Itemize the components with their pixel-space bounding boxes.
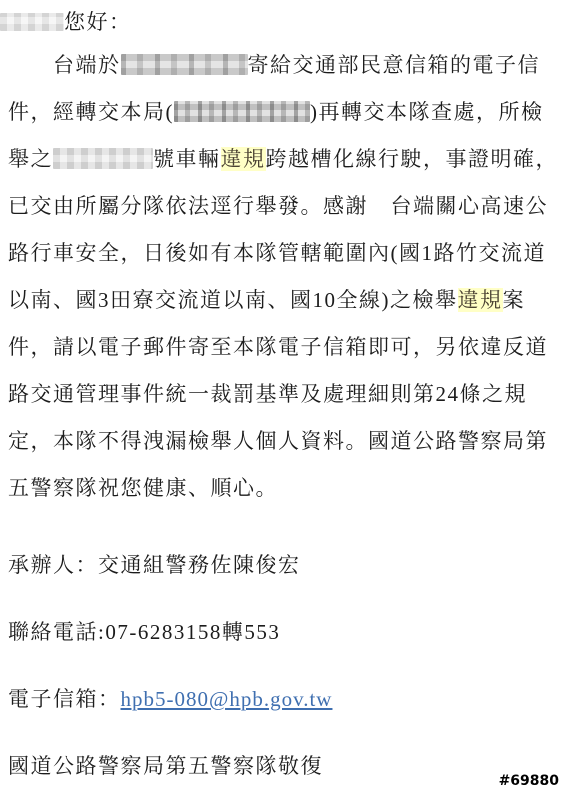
highlighted-keyword-violation: 違規 (221, 147, 266, 171)
contact-person-line: 承辦人：交通組警務佐陳俊宏 (8, 542, 563, 589)
greeting-line: 您好： (8, 2, 563, 42)
redacted-case-number-block (174, 101, 310, 122)
redacted-recipient-name-block (0, 13, 64, 31)
phone-line: 聯絡電話:07-6283158轉553 (8, 609, 563, 656)
body-text-segment: 台端於 (53, 53, 121, 77)
email-line: 電子信箱：hpb5-080@hpb.gov.tw (8, 676, 563, 723)
body-paragraph: 台端於寄給交通部民意信箱的電子信件，經轉交本局()再轉交本隊查處，所檢舉之號車輛… (8, 42, 563, 512)
body-text-segment: 號車輛 (153, 147, 221, 171)
watermark-id: #69880 (499, 774, 559, 788)
closing-line: 國道公路警察局第五警察隊敬復 (8, 743, 563, 790)
body-text-segment: 案件，請以電子郵件寄至本隊電子信箱即可，另依違反道路交通管理事件統一裁罰基準及處… (8, 288, 548, 500)
highlighted-keyword-violation: 違規 (458, 288, 503, 312)
email-link[interactable]: hpb5-080@hpb.gov.tw (121, 687, 333, 711)
redacted-date-block (121, 54, 248, 75)
salutation-text: 您好： (64, 10, 132, 34)
email-reply-document: 您好： 台端於寄給交通部民意信箱的電子信件，經轉交本局()再轉交本隊查處，所檢舉… (0, 0, 563, 793)
redacted-license-plate-block (53, 148, 153, 169)
email-label: 電子信箱： (8, 687, 121, 711)
